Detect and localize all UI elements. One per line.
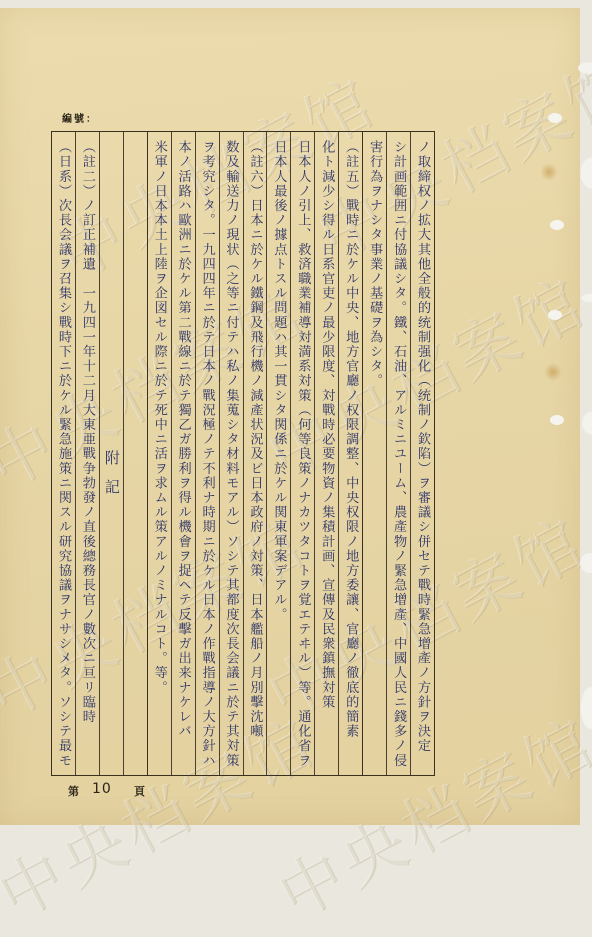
text-column: （註六）日本ニ於ケル鐵鋼及飛行機ノ減產状況及ビ日本政府ノ対策、日本艦船ノ月別擊沈… [243,132,267,775]
blank-column [123,132,147,775]
punch-hole [548,310,562,320]
text-column: 数及輸送力ノ現状（之等ニ付テハ私ノ集蒐シタ材料モアル）ソシテ其都度次長会議ニ於テ… [219,132,243,775]
text-column: 本ノ活路ハ歐洲ニ於ケル第二戰線ニ於テ獨乙ガ勝利ヲ得ル機會ヲ捉ヘテ反擊ガ出来ナケレ… [171,132,195,775]
text-column: 化ト減少シ得ル日系官吏ノ最少限度、対戰時必要物資ノ集積計画、宣傳及民衆鎮撫対策 [314,132,338,775]
punch-hole [548,113,562,123]
document-page: 中央档案馆 中央档案馆 中央档案馆 中央档案馆 中央档案馆 中央档案馆 中央档案… [0,8,580,825]
serial-number-label: 編號： [62,110,98,125]
page-suffix: 頁 [134,783,145,799]
torn-edge [570,8,592,825]
appendix-heading: 附記 [99,132,123,775]
punch-hole [550,220,564,230]
text-column: 害行為ヲナシタ事業ノ基礎ヲ為シタ。 [362,132,386,775]
text-column: （註二）ノ訂正補遺 一九四一年十二月大東亜戰争勃發ノ直後總務長官ノ數次ニ亘リ臨時 [75,132,99,775]
stain [544,363,562,381]
text-column: 日本人ノ引上、救済職業補導対満系対策（何等良策ノナカツタコトヲ覚エテヰル）等。通… [290,132,314,775]
text-column: ノ取締权ノ拡大其他全般的统制强化（统制ノ欽陷）ヲ審議シ併セテ戰時緊急增產ノ方針ヲ… [410,132,434,775]
manuscript-grid: ノ取締权ノ拡大其他全般的统制强化（统制ノ欽陷）ヲ審議シ併セテ戰時緊急增產ノ方針ヲ… [51,131,435,776]
text-column: ヲ考究シタ。一九四四年ニ於テ日本ノ戰況極ノテ不利ナ時期ニ於ケル日本ノ作戰指導ノ大… [195,132,219,775]
page-footer: 第 10 頁 [68,783,79,799]
page-prefix: 第 [68,785,79,798]
text-column: シ計画範囲ニ付協議シタ。鐵、石油、アルミニユーム、農產物ノ緊急增產、中國人民ニ錢… [386,132,410,775]
page-number: 10 [92,781,112,797]
punch-hole [550,415,564,425]
text-column: 米軍ノ日本本土上陸ヲ企図セル際ニ於テ死中ニ活ヲ求ムル策アルノミナルコト。等。 [147,132,171,775]
text-column: 日本人最後ノ據点トスル問題ハ其一貫シタ関係ニ於ケル関東軍案デアル。 [266,132,290,775]
stain [540,163,558,181]
text-column: （註五）戰時ニ於ケル中央、地方官廳ノ权限調整、中央权限ノ地方委讓、官廳ノ徹底的簡… [338,132,362,775]
text-column: （日系）次長会議ヲ召集シ戰時下ニ於ケル緊急施策ニ関スル研究協議ヲナサシメタ。ソシ… [52,132,75,775]
